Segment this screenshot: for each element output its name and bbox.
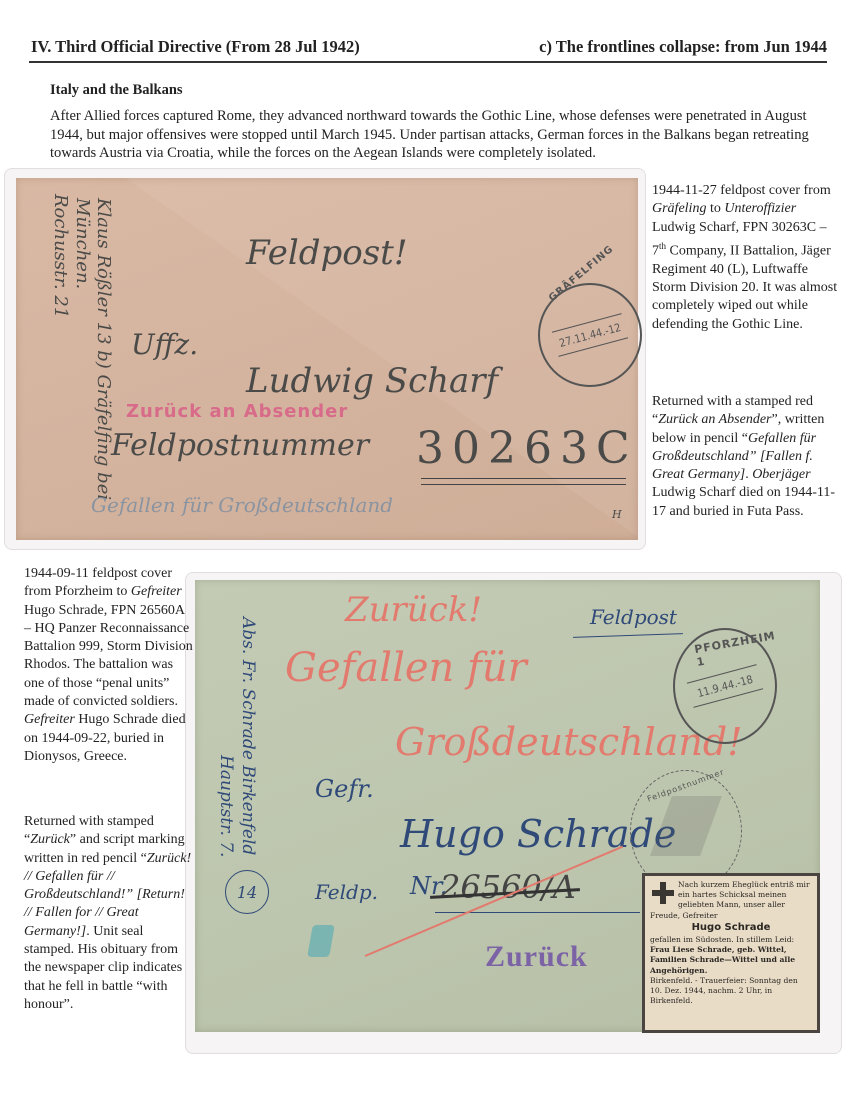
cover2-sender-block: Abs. Fr. Schrade Birkenfeld Hauptstr. 7. bbox=[210, 605, 270, 1025]
cover1-sender-block: Klaus Rößler 13 b) Gräfelfing bei Münche… bbox=[46, 188, 96, 528]
page-header: IV. Third Official Directive (From 28 Ju… bbox=[29, 33, 827, 63]
obituary-intro: Nach kurzem Eheglück entriß mir ein hart… bbox=[650, 880, 812, 921]
cover1-return-stamp: Zurück an Absender bbox=[126, 401, 348, 422]
cover2-feldpost-underline bbox=[573, 633, 683, 638]
cover1-fpn-underline bbox=[421, 478, 626, 485]
cover1-rank: Uffz. bbox=[131, 328, 198, 361]
cover1-postmark: GRÄFELFING 27.11.44.-12 bbox=[538, 283, 642, 387]
cover1-envelope: Klaus Rößler 13 b) Gräfelfing bei Münche… bbox=[16, 178, 638, 540]
cover2-caption-description: 1944-09-11 feldpost cover from Pforzheim… bbox=[24, 565, 194, 766]
cover2-caption-markings: Returned with stamped “Zurück” and scrip… bbox=[24, 813, 194, 1014]
cover1-feldpost-marking: Feldpost! bbox=[246, 233, 408, 273]
cover1-corner-mark: H bbox=[612, 508, 622, 521]
iron-cross-icon bbox=[652, 882, 674, 904]
cover1-sender-name: Klaus Rößler 13 b) Gräfelfing bei Münche… bbox=[72, 198, 114, 528]
cover1-caption-markings: Returned with a stamped red “Zurück an A… bbox=[652, 393, 842, 521]
cover1-fpn-label: Feldpostnummer bbox=[111, 428, 369, 463]
postmark-date: 27.11.44.-12 bbox=[552, 313, 628, 357]
cover2-red-gefallen: Gefallen für bbox=[285, 645, 527, 691]
obituary-family: Frau Liese Schrade, geb. Wittel, Familie… bbox=[650, 945, 812, 976]
cover2-zurueck-stamp: Zurück bbox=[485, 940, 588, 974]
cover2-feldpost-marking: Feldpost bbox=[590, 605, 677, 629]
chapter-title: IV. Third Official Directive (From 28 Ju… bbox=[31, 37, 360, 57]
cover2-rank: Gefr. bbox=[315, 775, 374, 803]
cover2-sender-name: Abs. Fr. Schrade Birkenfeld bbox=[238, 617, 258, 855]
cover1-recipient: Ludwig Scharf bbox=[246, 361, 498, 401]
cover2-postmark: PFORZHEIM 1 11.9.44.-18 bbox=[673, 628, 777, 744]
obituary-name: Hugo Schrade bbox=[650, 923, 812, 933]
obituary-body: gefallen im Südosten. In stillem Leid: bbox=[650, 935, 812, 945]
cover1-pencil-note: Gefallen für Großdeutschland bbox=[91, 493, 393, 517]
subchapter-title: c) The frontlines collapse: from Jun 194… bbox=[539, 37, 827, 57]
postmark-date: 11.9.44.-18 bbox=[687, 664, 763, 708]
cover2-fpn-label: Feldp. bbox=[315, 880, 378, 904]
obituary-clipping: Nach kurzem Eheglück entriß mir ein hart… bbox=[642, 873, 820, 1033]
cover2-red-zurueck: Zurück! bbox=[345, 590, 482, 630]
cover2-teal-mark bbox=[307, 925, 335, 957]
postmark-town: PFORZHEIM 1 bbox=[693, 629, 778, 669]
intro-paragraph: After Allied forces captured Rome, they … bbox=[50, 107, 820, 163]
cover2-sender-street: Hauptstr. 7. bbox=[216, 755, 236, 857]
section-title: Italy and the Balkans bbox=[50, 82, 183, 99]
obituary-service: Birkenfeld. - Trauerfeier: Sonntag den 1… bbox=[650, 976, 812, 1007]
cover1-sender-street: Rochusstr. 21 bbox=[50, 194, 71, 318]
cover1-caption-description: 1944-11-27 feldpost cover from Gräfeling… bbox=[652, 182, 842, 334]
cover2-postal-district: 14 bbox=[225, 870, 269, 914]
eagle-icon bbox=[650, 796, 722, 856]
cover1-fpn: 30263C bbox=[416, 423, 638, 474]
